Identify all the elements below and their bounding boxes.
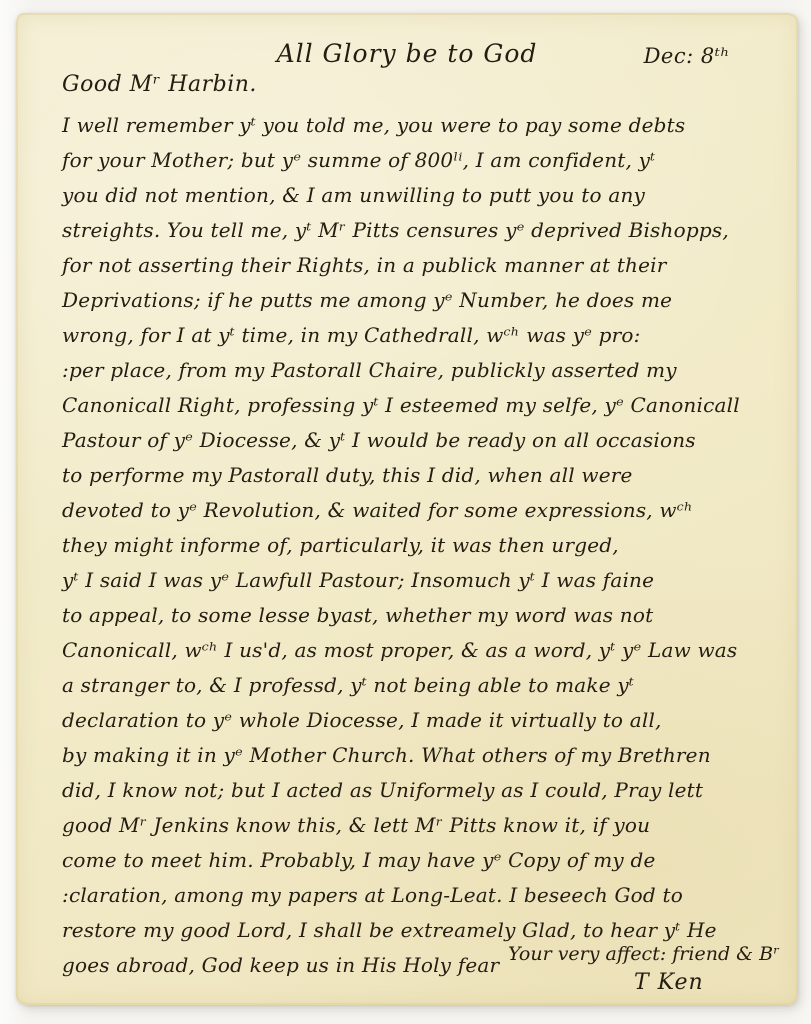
letter-sheet: All Glory be to God Dec: 8ᵗʰ Good Mʳ Har… bbox=[16, 13, 798, 1005]
photo-background: All Glory be to God Dec: 8ᵗʰ Good Mʳ Har… bbox=[0, 0, 811, 1024]
letter-line: you did not mention, & I am unwilling to… bbox=[62, 178, 756, 213]
letter-line: to appeal, to some lesse byast, whether … bbox=[62, 598, 756, 633]
letter-closing: Your very affect: friend & Bʳ bbox=[508, 943, 780, 965]
letter-line: Canonicall Right, professing yᵗ I esteem… bbox=[62, 388, 756, 423]
signature: T Ken bbox=[634, 970, 704, 995]
letter-line: devoted to yᵉ Revolution, & waited for s… bbox=[62, 493, 756, 528]
letter-line: they might informe of, particularly, it … bbox=[62, 528, 756, 563]
letter-line: come to meet him. Probably, I may have y… bbox=[62, 843, 756, 878]
letter-line: :claration, among my papers at Long-Leat… bbox=[62, 878, 756, 913]
letter-line: wrong, for I at yᵗ time, in my Cathedral… bbox=[62, 318, 756, 353]
letter-body: I well remember yᵗ you told me, you were… bbox=[62, 108, 756, 983]
letter-line: streights. You tell me, yᵗ Mʳ Pitts cens… bbox=[62, 213, 756, 248]
letter-date: Dec: 8ᵗʰ bbox=[644, 44, 730, 68]
letter-line: Canonicall, wᶜʰ I us'd, as most proper, … bbox=[62, 633, 756, 668]
letter-line: by making it in yᵉ Mother Church. What o… bbox=[62, 738, 756, 773]
letter-line: Deprivations; if he putts me among yᵉ Nu… bbox=[62, 283, 756, 318]
letter-line: a stranger to, & I professd, yᵗ not bein… bbox=[62, 668, 756, 703]
letter-line: Pastour of yᵉ Diocesse, & yᵗ I would be … bbox=[62, 423, 756, 458]
letter-line: for your Mother; but yᵉ summe of 800ˡⁱ, … bbox=[62, 143, 756, 178]
letter-line: I well remember yᵗ you told me, you were… bbox=[62, 108, 756, 143]
letter-line: :per place, from my Pastorall Chaire, pu… bbox=[62, 353, 756, 388]
letter-line: yᵗ I said I was yᵉ Lawfull Pastour; Inso… bbox=[62, 563, 756, 598]
letter-line: for not asserting their Rights, in a pub… bbox=[62, 248, 756, 283]
letter-line: declaration to yᵉ whole Diocesse, I made… bbox=[62, 703, 756, 738]
letter-line: did, I know not; but I acted as Uniforme… bbox=[62, 773, 756, 808]
letter-line: to performe my Pastorall duty, this I di… bbox=[62, 458, 756, 493]
letter-line: good Mʳ Jenkins know this, & lett Mʳ Pit… bbox=[62, 808, 756, 843]
salutation: Good Mʳ Harbin. bbox=[62, 72, 257, 97]
